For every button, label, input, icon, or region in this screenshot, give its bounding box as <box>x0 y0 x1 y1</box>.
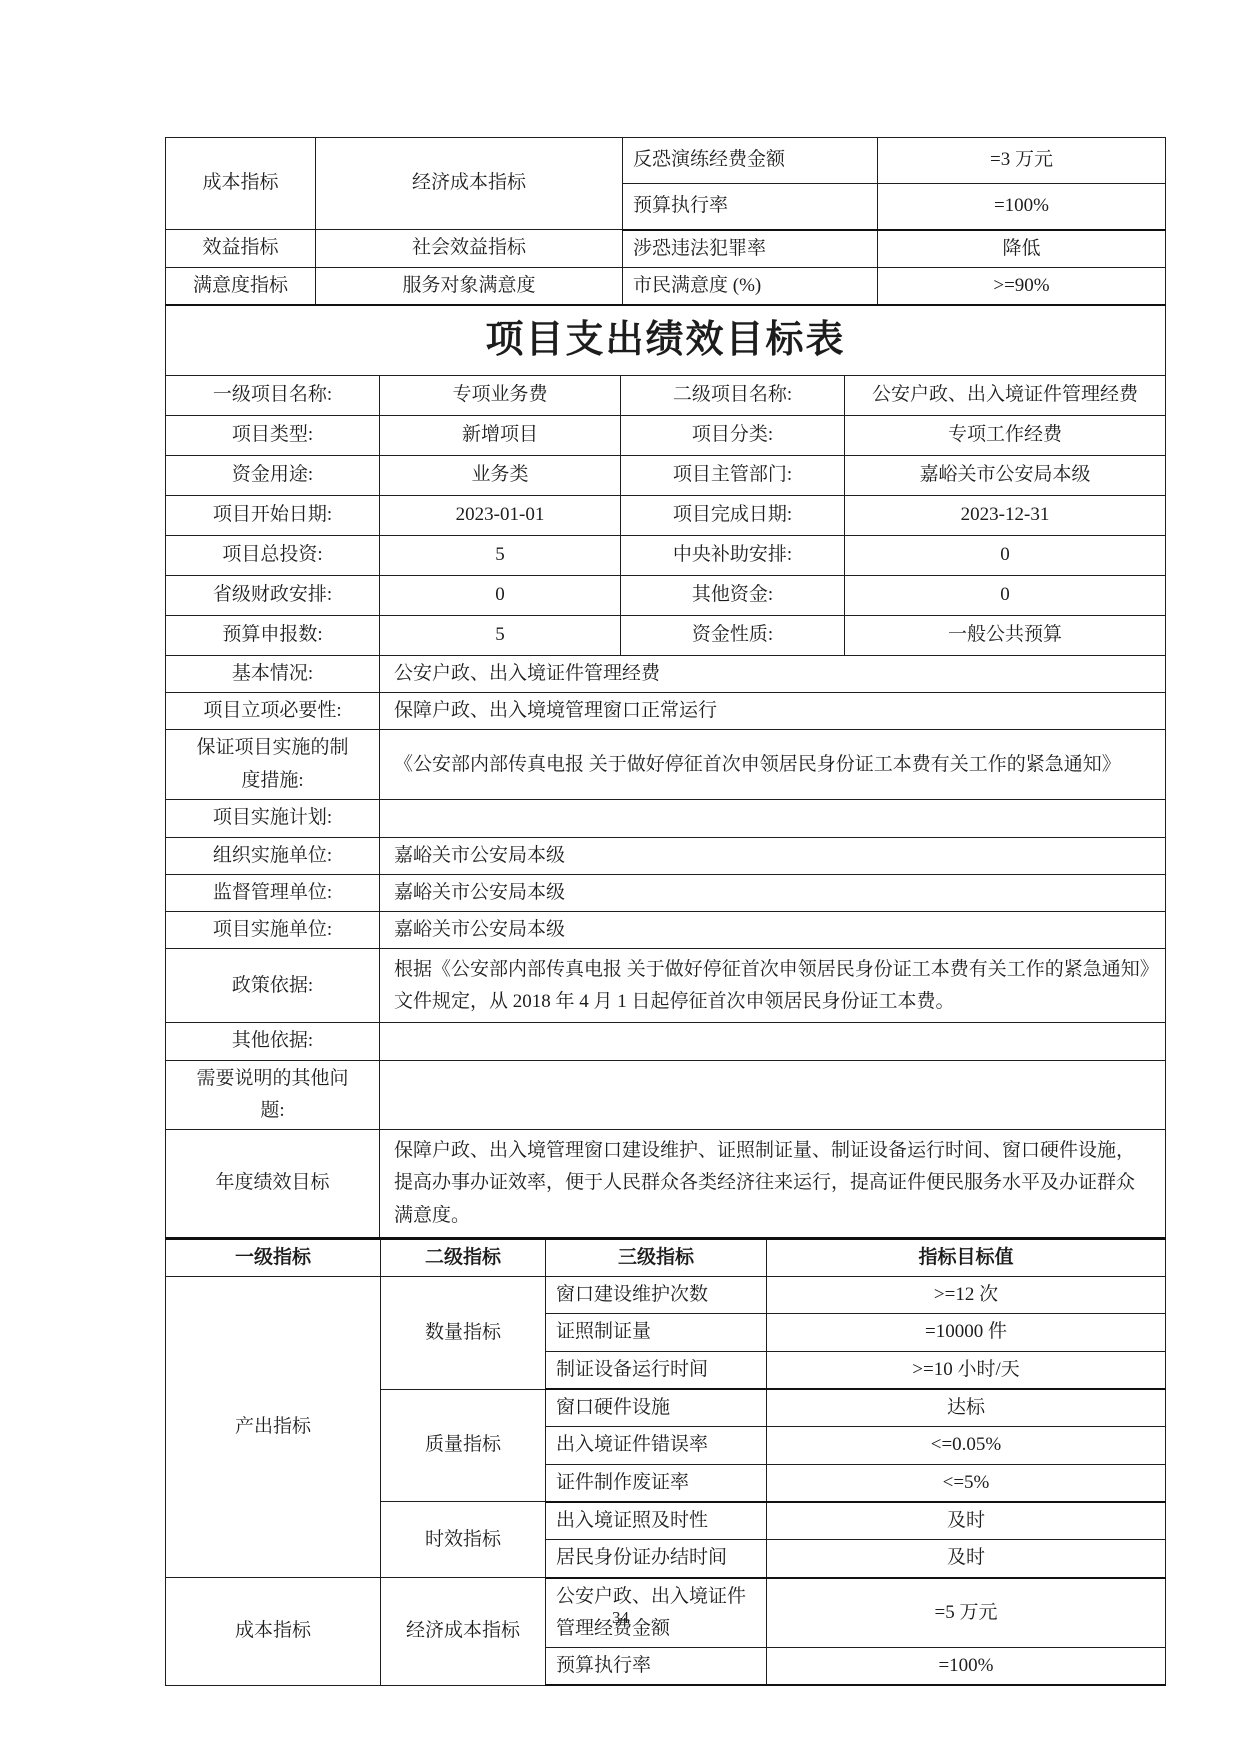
field-label: 需要说明的其他问题: <box>166 1060 380 1130</box>
field-label: 资金性质: <box>621 615 845 655</box>
field-value <box>380 1023 1166 1060</box>
indicator-name-cell: 反恐演练经费金额 <box>623 138 878 184</box>
field-label: 预算申报数: <box>166 615 380 655</box>
table-row: 产出指标 数量指标 窗口建设维护次数 >=12 次 <box>166 1277 1166 1314</box>
document-page: 成本指标 经济成本指标 反恐演练经费金额 =3 万元 预算执行率 =100% 效… <box>165 137 1165 1686</box>
field-value: 5 <box>380 615 621 655</box>
field-value: 0 <box>845 535 1166 575</box>
indicator-target-cell: 及时 <box>767 1540 1166 1578</box>
table-row: 保证项目实施的制度措施: 《公安部内部传真电报 关于做好停征首次申领居民身份证工… <box>166 730 1166 800</box>
level1-indicator-cell: 产出指标 <box>166 1277 381 1578</box>
level1-indicator-cell: 满意度指标 <box>166 267 316 304</box>
field-label: 基本情况: <box>166 655 380 692</box>
field-value: 《公安部内部传真电报 关于做好停征首次申领居民身份证工本费有关工作的紧急通知》 <box>380 730 1166 800</box>
field-value: 0 <box>845 575 1166 615</box>
field-value: 根据《公安部内部传真电报 关于做好停征首次申领居民身份证工本费有关工作的紧急通知… <box>380 949 1166 1023</box>
field-label: 组织实施单位: <box>166 837 380 874</box>
field-label: 省级财政安排: <box>166 575 380 615</box>
field-label: 其他资金: <box>621 575 845 615</box>
table-row: 资金用途: 业务类 项目主管部门: 嘉峪关市公安局本级 <box>166 455 1166 495</box>
field-label: 政策依据: <box>166 949 380 1023</box>
column-header-cell: 三级指标 <box>546 1239 767 1277</box>
field-label: 保证项目实施的制度措施: <box>166 730 380 800</box>
table-row: 其他依据: <box>166 1023 1166 1060</box>
field-label: 项目开始日期: <box>166 495 380 535</box>
field-value <box>380 800 1166 837</box>
field-label: 项目类型: <box>166 415 380 455</box>
indicator-target-cell: 降低 <box>878 230 1166 268</box>
page-number: 34 <box>0 1608 1241 1628</box>
table-row: 基本情况: 公安户政、出入境证件管理经费 <box>166 655 1166 692</box>
field-value: 嘉峪关市公安局本级 <box>380 874 1166 911</box>
indicator-name-cell: 预算执行率 <box>623 184 878 230</box>
table-row: 项目类型: 新增项目 项目分类: 专项工作经费 <box>166 415 1166 455</box>
carryover-indicator-table: 成本指标 经济成本指标 反恐演练经费金额 =3 万元 预算执行率 =100% 效… <box>165 137 1166 305</box>
field-value: 新增项目 <box>380 415 621 455</box>
table-row: 项目立项必要性: 保障户政、出入境境管理窗口正常运行 <box>166 692 1166 729</box>
field-label: 监督管理单位: <box>166 874 380 911</box>
indicator-name-cell: 涉恐违法犯罪率 <box>623 230 878 268</box>
field-label: 项目分类: <box>621 415 845 455</box>
field-label: 项目完成日期: <box>621 495 845 535</box>
indicator-target-cell: 及时 <box>767 1502 1166 1540</box>
table-row: 预算申报数: 5 资金性质: 一般公共预算 <box>166 615 1166 655</box>
indicator-target-cell: =3 万元 <box>878 138 1166 184</box>
table-row: 年度绩效目标 保障户政、出入境管理窗口建设维护、证照制证量、制证设备运行时间、窗… <box>166 1130 1166 1238</box>
column-header-cell: 指标目标值 <box>767 1239 1166 1277</box>
level2-indicator-cell: 社会效益指标 <box>316 230 623 268</box>
indicator-name-cell: 出入境证件错误率 <box>546 1427 767 1464</box>
field-value: 业务类 <box>380 455 621 495</box>
table-row: 政策依据: 根据《公安部内部传真电报 关于做好停征首次申领居民身份证工本费有关工… <box>166 949 1166 1023</box>
field-value: 嘉峪关市公安局本级 <box>845 455 1166 495</box>
table-row: 一级项目名称: 专项业务费 二级项目名称: 公安户政、出入境证件管理经费 <box>166 375 1166 415</box>
field-value: 5 <box>380 535 621 575</box>
indicator-target-cell: 达标 <box>767 1389 1166 1427</box>
indicator-name-cell: 出入境证照及时性 <box>546 1502 767 1540</box>
indicator-target-cell: >=12 次 <box>767 1277 1166 1314</box>
field-value: 嘉峪关市公安局本级 <box>380 837 1166 874</box>
level2-indicator-cell: 服务对象满意度 <box>316 267 623 304</box>
field-label: 资金用途: <box>166 455 380 495</box>
field-value: 公安户政、出入境证件管理经费 <box>845 375 1166 415</box>
column-header-cell: 一级指标 <box>166 1239 381 1277</box>
field-value: 专项业务费 <box>380 375 621 415</box>
indicator-name-cell: 窗口硬件设施 <box>546 1389 767 1427</box>
indicator-target-cell: =100% <box>767 1648 1166 1686</box>
field-value: 嘉峪关市公安局本级 <box>380 912 1166 949</box>
field-label: 项目立项必要性: <box>166 692 380 729</box>
indicator-target-cell: >=10 小时/天 <box>767 1351 1166 1389</box>
level1-indicator-cell: 效益指标 <box>166 230 316 268</box>
level2-indicator-cell: 数量指标 <box>381 1277 546 1389</box>
field-value: 公安户政、出入境证件管理经费 <box>380 655 1166 692</box>
table-row: 监督管理单位: 嘉峪关市公安局本级 <box>166 874 1166 911</box>
project-performance-table: 项目支出绩效目标表 一级项目名称: 专项业务费 二级项目名称: 公安户政、出入境… <box>165 304 1166 1239</box>
page-title: 项目支出绩效目标表 <box>166 305 1166 375</box>
indicator-name-cell: 市民满意度 (%) <box>623 267 878 304</box>
indicator-target-cell: =10000 件 <box>767 1314 1166 1351</box>
indicator-target-cell: >=90% <box>878 267 1166 304</box>
indicator-name-cell: 居民身份证办结时间 <box>546 1540 767 1578</box>
field-label: 年度绩效目标 <box>166 1130 380 1238</box>
field-value: 保障户政、出入境境管理窗口正常运行 <box>380 692 1166 729</box>
table-row: 项目支出绩效目标表 <box>166 305 1166 375</box>
indicator-name-cell: 制证设备运行时间 <box>546 1351 767 1389</box>
field-label: 项目实施计划: <box>166 800 380 837</box>
field-label: 二级项目名称: <box>621 375 845 415</box>
level2-indicator-cell: 时效指标 <box>381 1502 546 1578</box>
field-value: 0 <box>380 575 621 615</box>
field-label: 一级项目名称: <box>166 375 380 415</box>
field-label: 项目实施单位: <box>166 912 380 949</box>
indicator-target-cell: <=0.05% <box>767 1427 1166 1464</box>
table-row: 需要说明的其他问题: <box>166 1060 1166 1130</box>
table-row: 项目实施计划: <box>166 800 1166 837</box>
level2-indicator-cell: 经济成本指标 <box>381 1578 546 1686</box>
field-label: 中央补助安排: <box>621 535 845 575</box>
field-value: 一般公共预算 <box>845 615 1166 655</box>
level2-indicator-cell: 质量指标 <box>381 1389 546 1502</box>
indicator-name-cell: 窗口建设维护次数 <box>546 1277 767 1314</box>
table-row: 成本指标 经济成本指标 反恐演练经费金额 =3 万元 <box>166 138 1166 184</box>
field-value: 专项工作经费 <box>845 415 1166 455</box>
field-label: 其他依据: <box>166 1023 380 1060</box>
field-label: 项目主管部门: <box>621 455 845 495</box>
level2-indicator-cell: 经济成本指标 <box>316 138 623 230</box>
column-header-cell: 二级指标 <box>381 1239 546 1277</box>
indicator-name-cell: 证件制作废证率 <box>546 1464 767 1502</box>
table-row: 项目总投资: 5 中央补助安排: 0 <box>166 535 1166 575</box>
level1-indicator-cell: 成本指标 <box>166 1578 381 1686</box>
table-row: 省级财政安排: 0 其他资金: 0 <box>166 575 1166 615</box>
field-label: 项目总投资: <box>166 535 380 575</box>
indicator-target-cell: <=5% <box>767 1464 1166 1502</box>
indicator-name-cell: 证照制证量 <box>546 1314 767 1351</box>
field-value: 保障户政、出入境管理窗口建设维护、证照制证量、制证设备运行时间、窗口硬件设施，提… <box>380 1130 1166 1238</box>
indicator-target-cell: =100% <box>878 184 1166 230</box>
table-row: 满意度指标 服务对象满意度 市民满意度 (%) >=90% <box>166 267 1166 304</box>
field-value <box>380 1060 1166 1130</box>
field-value: 2023-01-01 <box>380 495 621 535</box>
table-row: 项目实施单位: 嘉峪关市公安局本级 <box>166 912 1166 949</box>
table-row: 效益指标 社会效益指标 涉恐违法犯罪率 降低 <box>166 230 1166 268</box>
indicator-name-cell: 预算执行率 <box>546 1648 767 1686</box>
level1-indicator-cell: 成本指标 <box>166 138 316 230</box>
table-header-row: 一级指标 二级指标 三级指标 指标目标值 <box>166 1239 1166 1277</box>
table-row: 项目开始日期: 2023-01-01 项目完成日期: 2023-12-31 <box>166 495 1166 535</box>
table-row: 组织实施单位: 嘉峪关市公安局本级 <box>166 837 1166 874</box>
field-value: 2023-12-31 <box>845 495 1166 535</box>
